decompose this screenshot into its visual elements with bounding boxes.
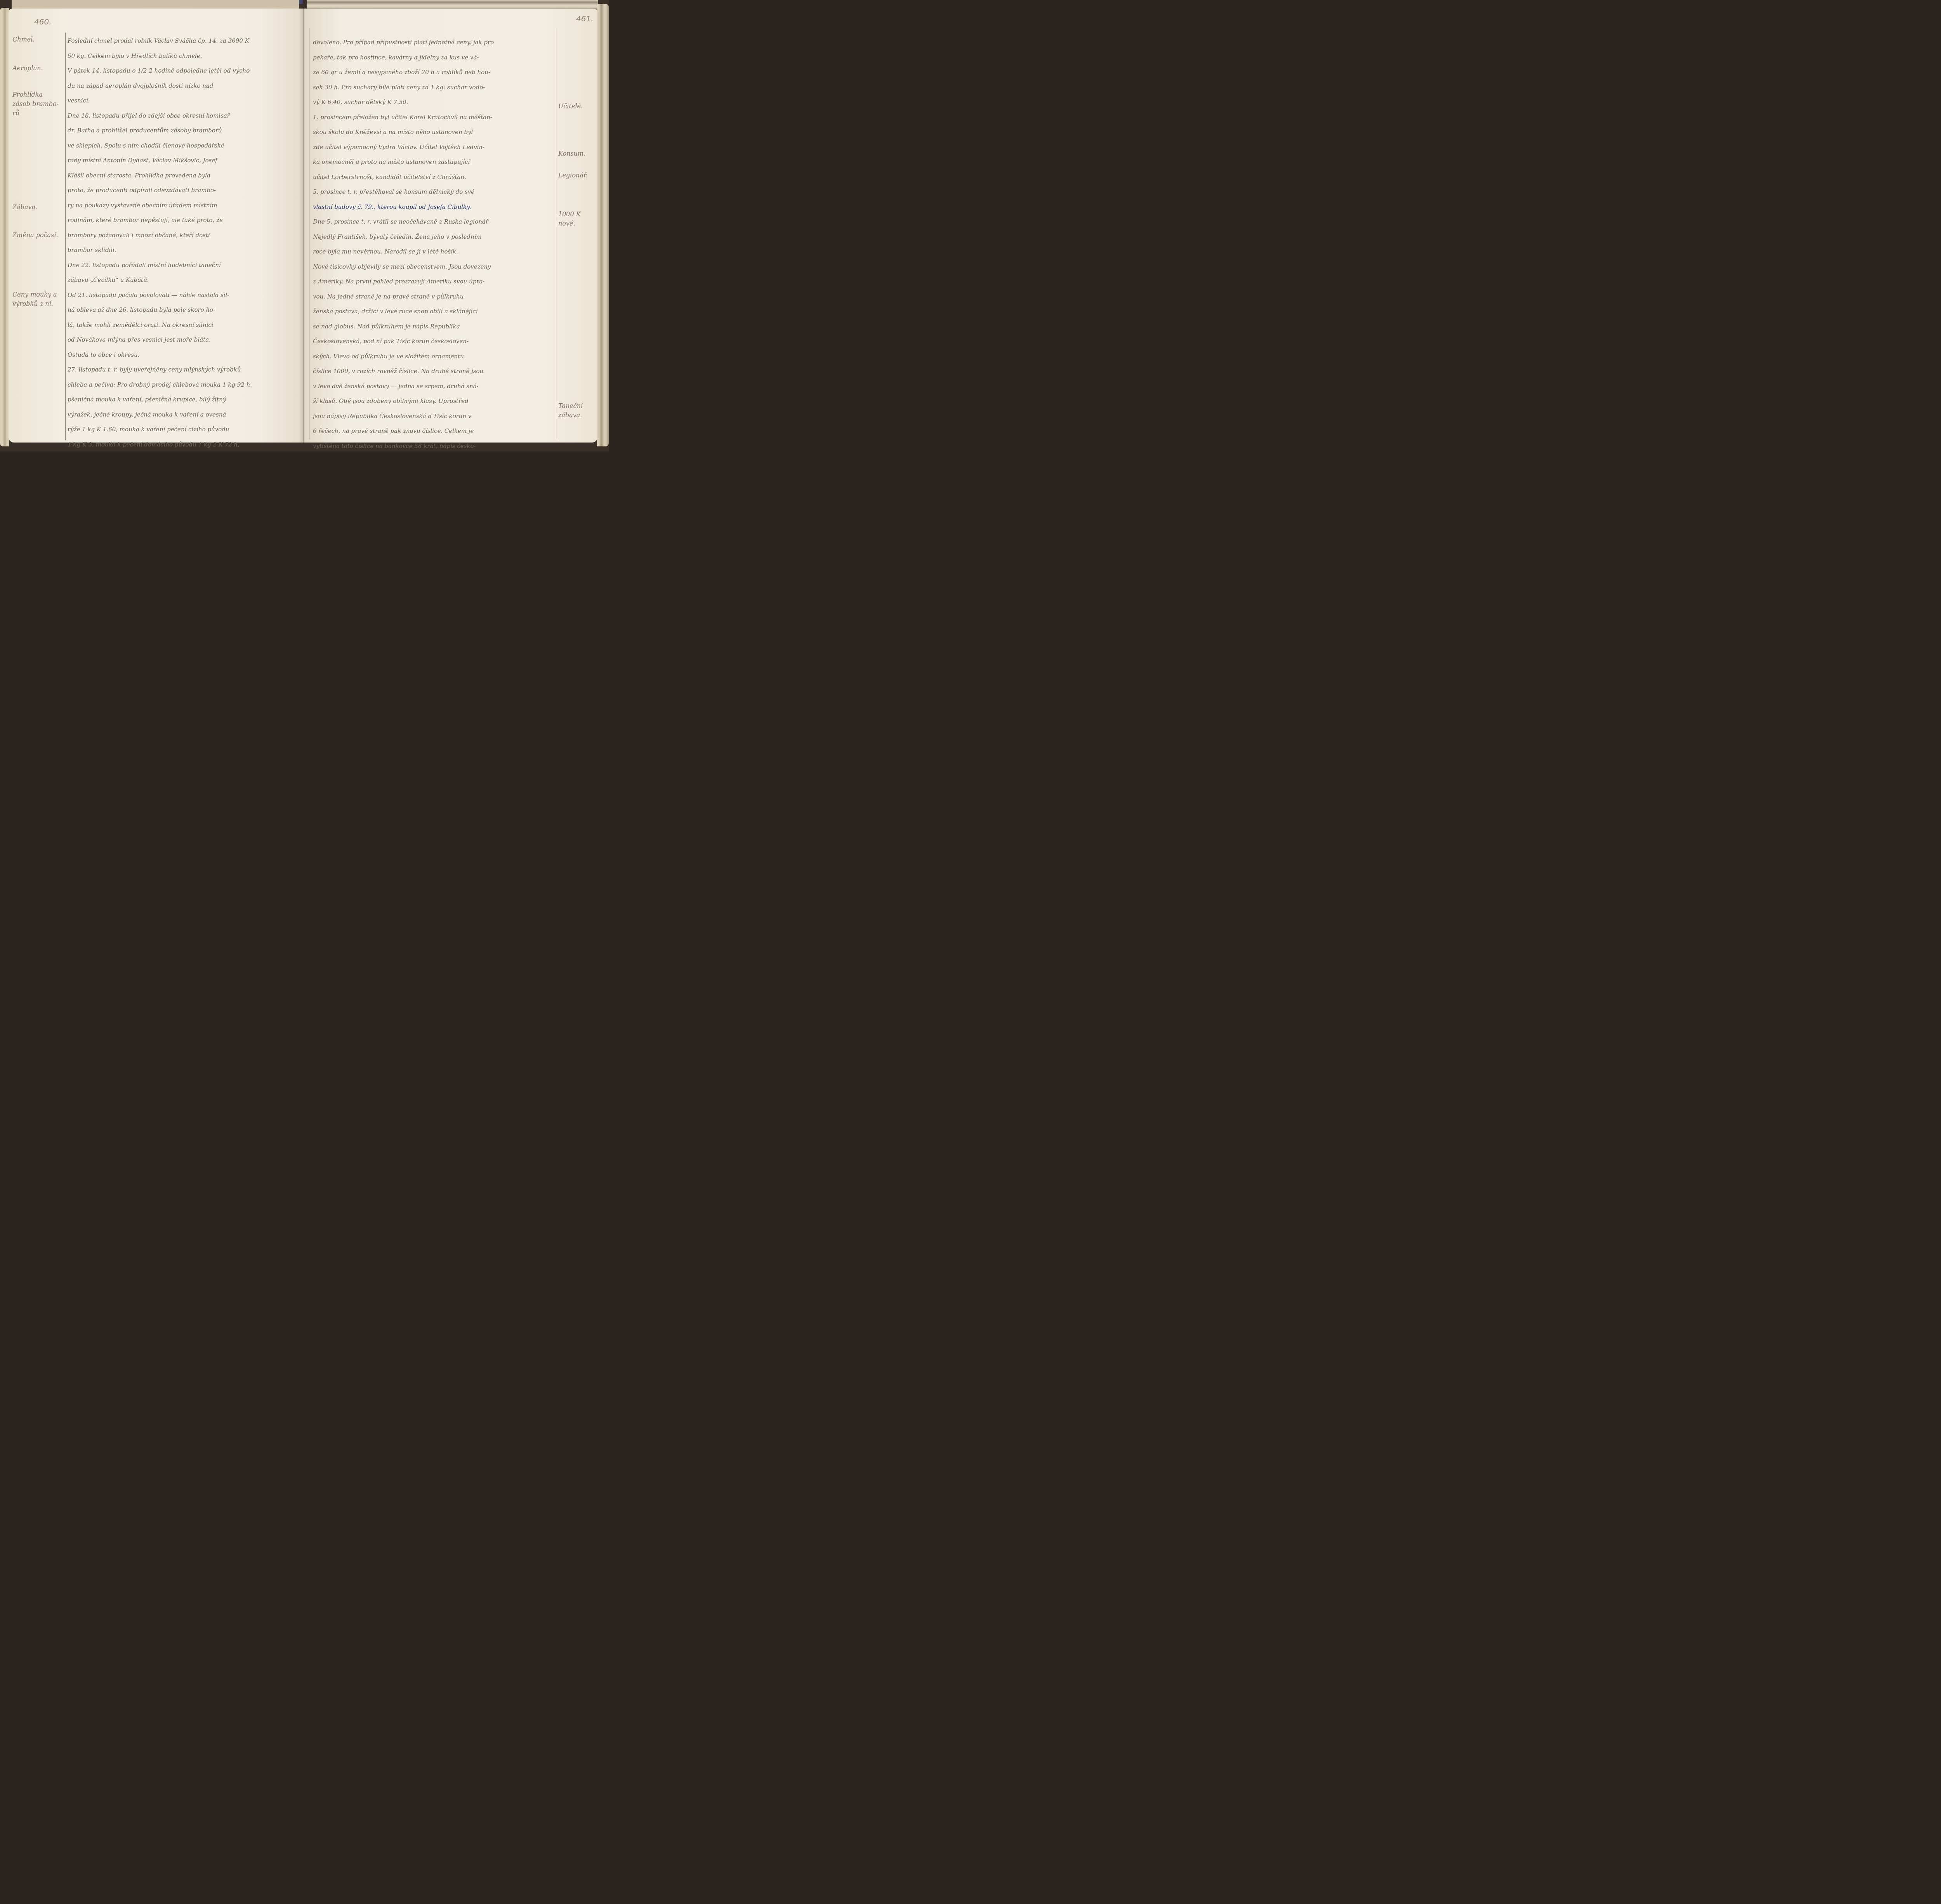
text-line: Nové tisícovky objevily se mezi obecenst… — [313, 259, 554, 274]
text-line: brambory požadovali i mnozí občané, kteř… — [68, 228, 302, 243]
text-line: ry na poukazy vystavené obecním úřadem m… — [68, 198, 302, 213]
text-line: 5. prosince t. r. přestěhoval se konsum … — [313, 184, 554, 200]
text-line: sek 30 h. Pro suchary bílé platí ceny za… — [313, 80, 554, 95]
text-line: číslice 1000, v rozích rovněž číslice. N… — [313, 364, 554, 379]
text-line: 27. listopadu t. r. byly uveřejněny ceny… — [68, 362, 302, 377]
margin-note: Taneční zábava. — [558, 401, 595, 420]
margin-note: Prohlídka zásob brambo-rů — [12, 90, 59, 118]
text-line: se nad globus. Nad půlkruhem je nápis Re… — [313, 319, 554, 334]
text-line: Dne 22. listopadu pořádali místní hudebn… — [68, 258, 302, 273]
text-line: ze 60 gr u žemlí a nesypaného zboží 20 h… — [313, 65, 554, 80]
text-line-blue-ink: vlastní budovy č. 79., kterou koupil od … — [313, 200, 554, 215]
text-line: 50 kg. Celkem bylo v Hředlích balíků chm… — [68, 49, 302, 64]
margin-note: Ceny mouky a výrobků z ní. — [12, 290, 61, 309]
text-line: brambor sklidili. — [68, 243, 302, 258]
text-line: Klášil obecní starosta. Prohlídka proved… — [68, 168, 302, 183]
text-line: V pátek 14. listopadu o 1/2 2 hodině odp… — [68, 63, 302, 78]
text-line: Československá, pod ní pak Tisíc korun č… — [313, 334, 554, 349]
margin-rule-outer — [556, 28, 556, 439]
left-page: 460. Chmel. Aeroplan. Prohlídka zásob br… — [9, 9, 304, 443]
margin-rule-inner — [309, 28, 309, 439]
text-line: Dne 18. listopadu přijel do zdejší obce … — [68, 108, 302, 123]
text-line: Poslední chmel prodal rolník Václav Sváč… — [68, 33, 302, 49]
text-line: ženská postava, držící v levé ruce snop … — [313, 304, 554, 319]
text-line: 1 kg K 3, mouka k pečení domácího původu… — [68, 437, 302, 452]
right-page: 461. dovoleno. Pro případ přípustnosti p… — [304, 9, 597, 443]
text-line: Od 21. listopadu počalo povolovati — náh… — [68, 288, 302, 303]
margin-note: Zábava. — [12, 203, 63, 212]
margin-note: 1000 K nové. — [558, 210, 595, 228]
margin-note: Konsum. — [558, 149, 595, 158]
text-line: Dne 5. prosince t. r. vrátil se neočekáv… — [313, 214, 554, 229]
text-line: 6 řečech, na pravé straně pak znovu čísl… — [313, 423, 554, 439]
text-line: proto, že producenti odpírali odevzdávat… — [68, 183, 302, 198]
text-line: dr. Batha a prohlížel producentům zásoby… — [68, 123, 302, 138]
text-line: od Novákova mlýna přes vesnici jest moře… — [68, 332, 302, 347]
text-line: učitel Lorberstrnošt, kandidát učitelstv… — [313, 170, 554, 185]
text-line: ná obleva až dne 26. listopadu byla pole… — [68, 302, 302, 318]
text-line: rýže 1 kg K 1.60, mouka k vaření pečení … — [68, 422, 302, 437]
page-number-left: 460. — [34, 17, 52, 26]
text-line: zde učitel výpomocný Vydra Václav. Učite… — [313, 140, 554, 155]
text-line: lá, takže mohli zemědělci orati. Na okre… — [68, 318, 302, 333]
text-line: vý K 6.40, suchar dětský K 7.50. — [313, 95, 554, 110]
text-line: 1. prosincem přeložen byl učitel Karel K… — [313, 110, 554, 125]
text-line: ve sklepích. Spolu s ním chodili členové… — [68, 138, 302, 153]
text-line: ka onemocněl a proto na místo ustanoven … — [313, 154, 554, 170]
open-book: 460. Chmel. Aeroplan. Prohlídka zásob br… — [0, 0, 609, 451]
text-line: rady místní Antonín Dyhast, Václav Mikšo… — [68, 153, 302, 168]
text-line: Nejedlý František, bývalý čeledín. Žena … — [313, 229, 554, 245]
margin-note: Chmel. — [12, 35, 63, 44]
page-stack-left-edge — [0, 8, 9, 446]
text-line: výražek, ječné kroupy, ječná mouka k vař… — [68, 407, 302, 422]
margin-note: Učitelé. — [558, 102, 595, 111]
text-line: rodinám, které brambor nepěstují, ale ta… — [68, 213, 302, 228]
text-line: jsou nápisy Republika Československá a T… — [313, 409, 554, 424]
text-line: chleba a pečiva: Pro drobný prodej chleb… — [68, 377, 302, 392]
text-line: Ostuda to obce i okresu. — [68, 347, 302, 363]
right-page-body: dovoleno. Pro případ přípustnosti platí … — [313, 35, 554, 451]
text-line: z Ameriky. Na první pohled prozrazují Am… — [313, 274, 554, 289]
page-number-right: 461. — [576, 14, 594, 23]
text-line: vou. Na jedné straně je na pravé straně … — [313, 289, 554, 304]
text-line: pšeničná mouka k vaření, pšeničná krupic… — [68, 392, 302, 407]
margin-note: Legionář. — [558, 171, 595, 180]
text-line: ší klasů. Obě jsou zdobeny obilnými klas… — [313, 394, 554, 409]
text-line: v levo dvě ženské postavy — jedna se srp… — [313, 379, 554, 394]
text-line: pekaře, tak pro hostince, kavárny a jíde… — [313, 50, 554, 65]
text-line: vesnicí. — [68, 93, 302, 108]
text-line: du na západ aeroplán dvojplošník dosti n… — [68, 78, 302, 94]
page-stack-right-edge — [597, 4, 609, 446]
text-line: vytištěna tato číslice na bankovce 58 kr… — [313, 439, 554, 452]
margin-note: Aeroplan. — [12, 64, 63, 73]
text-line: skou školu do Kněževsi a na místo něho u… — [313, 125, 554, 140]
left-page-body: Poslední chmel prodal rolník Václav Sváč… — [68, 33, 302, 451]
margin-note: Změna počasí. — [12, 231, 59, 240]
text-line: dovoleno. Pro případ přípustnosti platí … — [313, 35, 554, 50]
text-line: roce byla mu nevěrnou. Narodil se jí v l… — [313, 244, 554, 259]
margin-rule-left — [65, 33, 66, 440]
text-line: zábavu „Cecilku“ u Kubátů. — [68, 272, 302, 288]
text-line: ských. Vlevo od půlkruhu je ve složitém … — [313, 349, 554, 364]
